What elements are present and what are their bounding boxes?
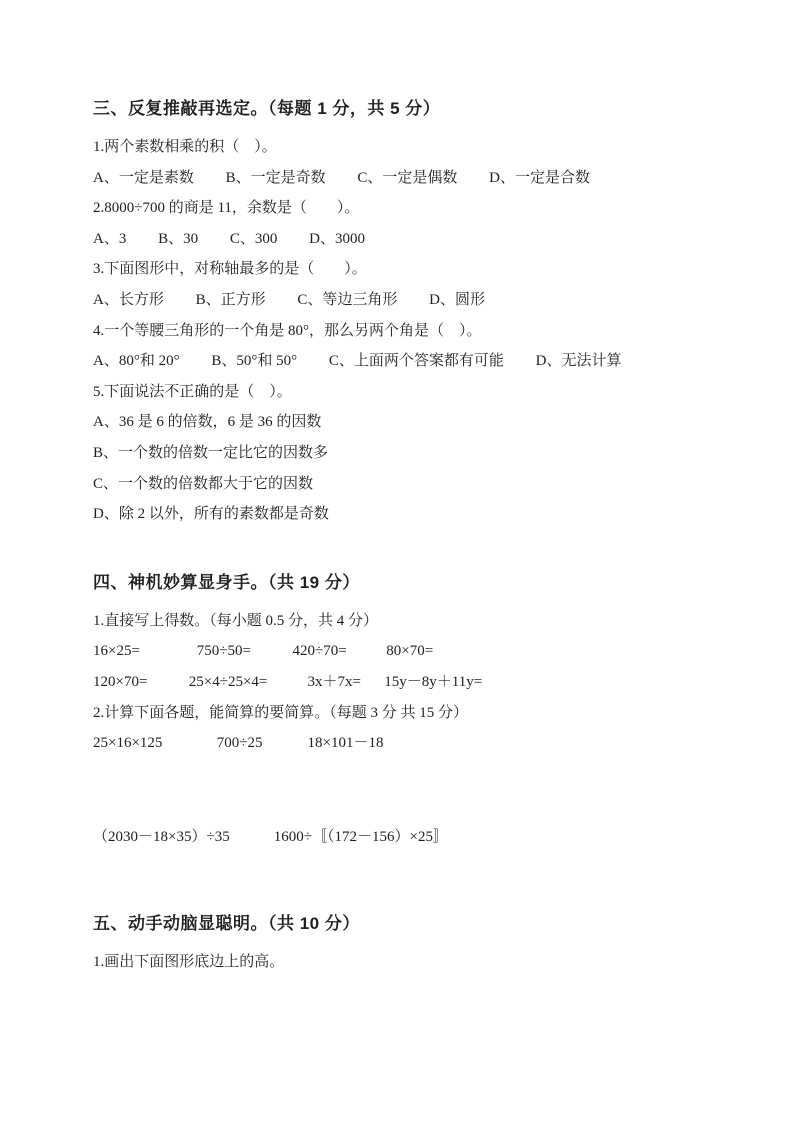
section-four-heading: 四、神机妙算显身手。（共 19 分）: [93, 570, 703, 596]
option-d: D、3000: [309, 224, 365, 255]
options-row: A、一定是素数 B、一定是奇数 C、一定是偶数 D、一定是合数: [93, 163, 703, 194]
calc-row: 16×25= 750÷50= 420÷70= 80×70=: [93, 636, 703, 667]
page-content: 三、反复推敲再选定。（每题 1 分，共 5 分） 1.两个素数相乘的积（ ）。 …: [0, 0, 793, 978]
option-a: A、一定是素数: [93, 163, 194, 194]
calc-expression: 80×70=: [386, 636, 433, 667]
option-b: B、正方形: [196, 285, 266, 316]
option-a: A、长方形: [93, 285, 164, 316]
question-text: 3.下面图形中，对称轴最多的是（ ）。: [93, 254, 703, 285]
option-b: B、50°和 50°: [211, 346, 297, 377]
calc-expression: 3x＋7x=: [308, 667, 381, 698]
calc-row: 25×16×125 700÷25 18×101－18: [93, 728, 703, 759]
question-text: 4.一个等腰三角形的一个角是 80°，那么另两个角是（ ）。: [93, 316, 703, 347]
calc-expression: 1600÷〚（172－156）×25〛: [274, 822, 448, 853]
calc-expression: 18×101－18: [308, 728, 384, 759]
calc-expression: 120×70=: [93, 667, 185, 698]
question-text: 5.下面说法不正确的是（ ）。: [93, 377, 703, 408]
option-c: C、一定是偶数: [357, 163, 457, 194]
question-4: 4.一个等腰三角形的一个角是 80°，那么另两个角是（ ）。 A、80°和 20…: [93, 316, 703, 377]
option-d: D、一定是合数: [489, 163, 590, 194]
calc-row: （2030－18×35）÷35 1600÷〚（172－156）×25〛: [93, 822, 703, 853]
option-c: C、300: [230, 224, 278, 255]
subsection-2: 2.计算下面各题，能简算的要简算。（每题 3 分 共 15 分） 25×16×1…: [93, 698, 703, 853]
option-c: C、等边三角形: [297, 285, 397, 316]
section-five: 五、动手动脑显聪明。（共 10 分） 1.画出下面图形底边上的高。: [93, 911, 703, 978]
question-3: 3.下面图形中，对称轴最多的是（ ）。 A、长方形 B、正方形 C、等边三角形 …: [93, 254, 703, 315]
option-d: D、圆形: [429, 285, 485, 316]
calc-expression: 420÷70=: [293, 636, 383, 667]
calc-row: 120×70= 25×4÷25×4= 3x＋7x= 15y－8y＋11y=: [93, 667, 703, 698]
option-b: B、一个数的倍数一定比它的因数多: [93, 438, 703, 469]
question-text: 1.画出下面图形底边上的高。: [93, 947, 703, 978]
calc-expression: 750÷50=: [197, 636, 289, 667]
section-three: 三、反复推敲再选定。（每题 1 分，共 5 分） 1.两个素数相乘的积（ ）。 …: [93, 96, 703, 530]
section-five-heading: 五、动手动脑显聪明。（共 10 分）: [93, 911, 703, 937]
option-b: B、30: [158, 224, 198, 255]
option-d: D、除 2 以外，所有的素数都是奇数: [93, 499, 703, 530]
calc-expression: 25×4÷25×4=: [189, 667, 304, 698]
options-stacked: A、36 是 6 的倍数，6 是 36 的因数 B、一个数的倍数一定比它的因数多…: [93, 407, 703, 529]
options-row: A、80°和 20° B、50°和 50° C、上面两个答案都有可能 D、无法计…: [93, 346, 703, 377]
subsection-text: 2.计算下面各题，能简算的要简算。（每题 3 分 共 15 分）: [93, 698, 703, 729]
option-d: D、无法计算: [536, 346, 622, 377]
section-three-heading: 三、反复推敲再选定。（每题 1 分，共 5 分）: [93, 96, 703, 122]
option-a: A、80°和 20°: [93, 346, 180, 377]
option-b: B、一定是奇数: [226, 163, 326, 194]
question-text: 2.8000÷700 的商是 11，余数是（ ）。: [93, 193, 703, 224]
calc-expression: 16×25=: [93, 636, 193, 667]
subsection-text: 1.直接写上得数。（每小题 0.5 分，共 4 分）: [93, 606, 703, 637]
question-5: 5.下面说法不正确的是（ ）。 A、36 是 6 的倍数，6 是 36 的因数 …: [93, 377, 703, 530]
options-row: A、3 B、30 C、300 D、3000: [93, 224, 703, 255]
subsection-1: 1.直接写上得数。（每小题 0.5 分，共 4 分） 16×25= 750÷50…: [93, 606, 703, 698]
option-a: A、36 是 6 的倍数，6 是 36 的因数: [93, 407, 703, 438]
exam-page: 三、反复推敲再选定。（每题 1 分，共 5 分） 1.两个素数相乘的积（ ）。 …: [0, 0, 793, 1122]
calc-expression: 15y－8y＋11y=: [384, 667, 482, 698]
option-c: C、上面两个答案都有可能: [329, 346, 504, 377]
calc-expression: 25×16×125: [93, 728, 213, 759]
question-1: 1.两个素数相乘的积（ ）。 A、一定是素数 B、一定是奇数 C、一定是偶数 D…: [93, 132, 703, 193]
question-2: 2.8000÷700 的商是 11，余数是（ ）。 A、3 B、30 C、300…: [93, 193, 703, 254]
option-a: A、3: [93, 224, 126, 255]
calc-expression: （2030－18×35）÷35: [93, 822, 270, 853]
section-four: 四、神机妙算显身手。（共 19 分） 1.直接写上得数。（每小题 0.5 分，共…: [93, 570, 703, 853]
option-c: C、一个数的倍数都大于它的因数: [93, 469, 703, 500]
calc-expression: 700÷25: [217, 728, 304, 759]
question-text: 1.两个素数相乘的积（ ）。: [93, 132, 703, 163]
options-row: A、长方形 B、正方形 C、等边三角形 D、圆形: [93, 285, 703, 316]
